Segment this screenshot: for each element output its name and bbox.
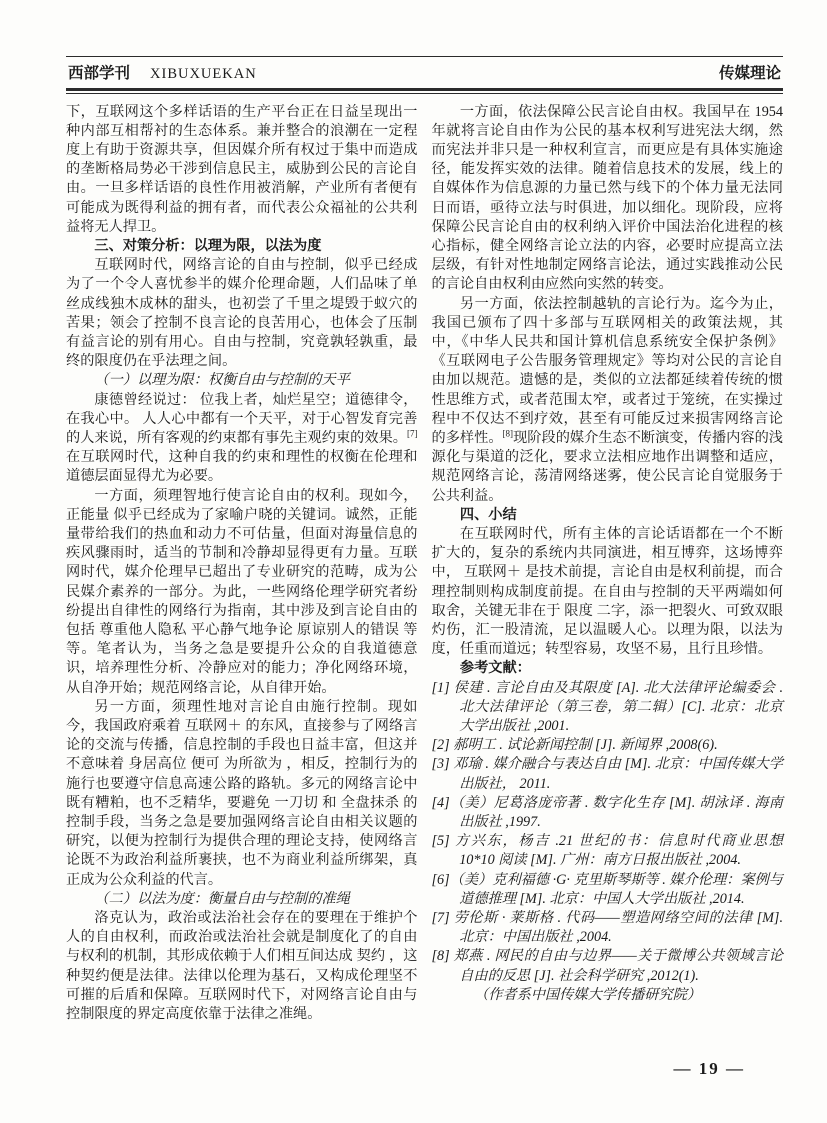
reference-item-3: [3] 邓瑜 . 媒介融合与表达自由 [M]. 北京：中国传媒大学出版社， 20…	[432, 755, 784, 793]
subheading-one: （一）以理为限：权衡自由与控制的天平	[66, 371, 418, 390]
paragraph-law-control: 另一方面，依法控制越轨的言论行为。迄今为止，我国已颁布了四十多部与互联网相关的政…	[432, 295, 784, 506]
paragraph-summary: 在互联网时代，所有主体的言论话语都在一个不断扩大的，复杂的系统内共同演进，相互博…	[432, 525, 784, 659]
page-number: — 19 —	[674, 1059, 746, 1079]
journal-page: 西部学刊 XIBUXUEKAN 传媒理论 下，互联网这个多样话语的生产平台正在日…	[0, 0, 827, 1123]
section-label: 传媒理论	[719, 61, 781, 83]
paragraph-law-control-text: 另一方面，依法控制越轨的言论行为。迄今为止，我国已颁布了四十多部与互联网相关的政…	[432, 296, 784, 446]
reference-item-4: [4]（美）尼葛洛庞帝著 . 数字化生存 [M]. 胡泳译 . 海南出版社 ,1…	[432, 794, 784, 832]
header-rule-thick	[66, 88, 783, 91]
journal-title-pinyin: XIBUXUEKAN	[150, 66, 257, 82]
header-rule-thin	[66, 93, 783, 94]
reference-marker-8: [8]	[503, 428, 514, 438]
paragraph-kant: 康德曾经说过： 位我上者，灿烂星空；道德律令，在我心中。 人人心中都有一个天平，…	[66, 391, 418, 487]
reference-item-1: [1] 侯建 . 言论自由及其限度 [A]. 北大法律评论编委会 . 北大法律评…	[432, 679, 784, 737]
reference-item-7: [7] 劳伦斯 · 莱斯格 . 代码——塑造网络空间的法律 [M]. 北京：中国…	[432, 909, 784, 947]
right-column: 一方面，依法保障公民言论自由权。我国早在 1954 年就将言论自由作为公民的基本…	[432, 103, 784, 1025]
reference-item-8: [8] 郑燕 . 网民的自由与边界——关于微博公共领域言论自由的反思 [J]. …	[432, 947, 784, 985]
heading-section-four: 四、小结	[432, 506, 784, 525]
subheading-two: （二）以法为度：衡量自由与控制的准绳	[66, 890, 418, 909]
left-column: 下，互联网这个多样话语的生产平台正在日益呈现出一种内部互相帮衬的生态体系。兼并整…	[66, 103, 418, 1025]
references-heading: 参考文献：	[432, 659, 784, 678]
page-header: 西部学刊 XIBUXUEKAN 传媒理论	[66, 56, 783, 88]
reference-item-2: [2] 郝明工 . 试论新闻控制 [J]. 新闻界 ,2008(6).	[432, 736, 784, 755]
heading-section-three: 三、对策分析：以理为限，以法为度	[66, 237, 418, 256]
article-body: 下，互联网这个多样话语的生产平台正在日益呈现出一种内部互相帮衬的生态体系。兼并整…	[66, 103, 783, 1025]
paragraph-continuation: 下，互联网这个多样话语的生产平台正在日益呈现出一种内部互相帮衬的生态体系。兼并整…	[66, 103, 418, 237]
paragraph-kant-text: 康德曾经说过： 位我上者，灿烂星空；道德律令，在我心中。 人人心中都有一个天平，…	[66, 392, 418, 446]
journal-title-group: 西部学刊 XIBUXUEKAN	[68, 61, 257, 83]
paragraph-locke: 洛克认为，政治或法治社会存在的要理在于维护个人的自由权利，而政治或法治社会就是制…	[66, 909, 418, 1024]
author-affiliation-note: （作者系中国传媒大学传播研究院）	[432, 986, 784, 1005]
paragraph-kant-text-after: 在互联网时代，这种自我的约束和理性的权衡在伦理和道德层面显得尤为必要。	[66, 449, 418, 484]
paragraph-one-hand: 一方面，须理智地行使言论自由的权利。现如今， 正能量 似乎已经成为了家喻户晓的关…	[66, 487, 418, 698]
reference-item-6: [6]（美）克利福德 ·G· 克里斯琴斯等 . 媒介伦理：案例与道德推理 [M]…	[432, 871, 784, 909]
paragraph-intro: 互联网时代，网络言论的自由与控制，似乎已经成为了一个令人喜忧参半的媒介伦理命题，…	[66, 256, 418, 371]
journal-title-chinese: 西部学刊	[68, 65, 130, 82]
reference-marker-7: [7]	[407, 428, 418, 438]
paragraph-law-protect: 一方面，依法保障公民言论自由权。我国早在 1954 年就将言论自由作为公民的基本…	[432, 103, 784, 295]
paragraph-other-hand: 另一方面，须理性地对言论自由施行控制。现如今，我国政府乘着 互联网＋ 的东风，直…	[66, 698, 418, 890]
reference-item-5: [5] 方兴东，杨吉 .21 世纪的书：信息时代商业思想 10*10 阅读 [M…	[432, 832, 784, 870]
references-list: [1] 侯建 . 言论自由及其限度 [A]. 北大法律评论编委会 . 北大法律评…	[432, 679, 784, 986]
